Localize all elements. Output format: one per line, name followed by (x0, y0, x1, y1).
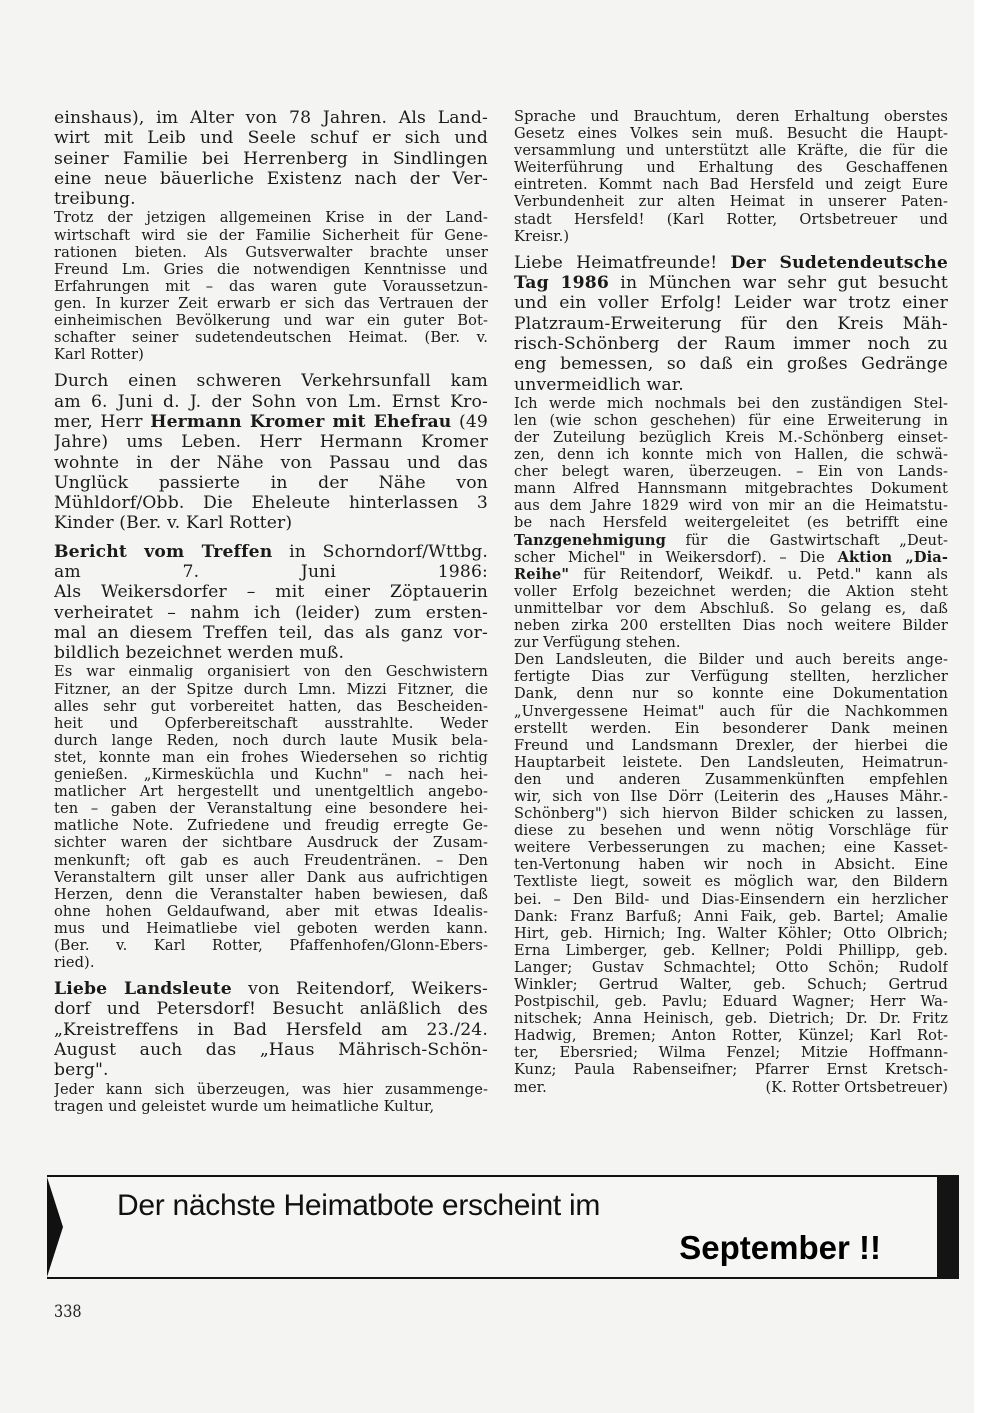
article-paragraph: Bericht vom Treffen in Schorndorf/Wttbg.… (54, 542, 488, 664)
banner-month: September !! (679, 1229, 881, 1267)
text-line: matliche Note. Zufriedene und freudig er… (54, 817, 488, 834)
text-line: Karl Rotter) (54, 346, 488, 363)
text-segment: mus und Heimatliebe viel geboten werden … (54, 920, 488, 937)
text-line: erstellt werden. Ein besonderer Dank mei… (514, 720, 948, 737)
text-line: ohne hohen Geldaufwand, aber mit etwas I… (54, 903, 488, 920)
article-paragraph: Liebe Landsleute von Reitendorf, Weikers… (54, 979, 488, 1080)
text-segment: Karl Rotter) (54, 346, 144, 363)
text-line: Veranstaltern gilt unser aller Dank aus … (54, 869, 488, 886)
text-line: Schönberg") sich hiervon Bilder schicken… (514, 805, 948, 822)
text-line: scher Michel" in Weikersdorf). – Die Akt… (514, 549, 948, 566)
text-line: nitschek; Anna Heinisch, geb. Dietrich; … (514, 1010, 948, 1027)
text-line: Als Weikersdorfer – mit einer Zöptauerin (54, 582, 488, 602)
text-segment: bei. – Den Bild- und Dias-Einsendern ein… (514, 891, 948, 908)
text-segment: Trotz der jetzigen allgemeinen Krise in … (54, 209, 488, 226)
text-segment: rationen bieten. Als Gutsverwalter brach… (54, 244, 488, 261)
text-segment: len (wie schon geschehen) für eine Erwei… (514, 412, 948, 429)
paragraph-gap (54, 971, 488, 979)
bold-text: Tanzgenehmigung (514, 532, 666, 549)
text-line: matlicher Art hergestellt und unentgeltl… (54, 783, 488, 800)
text-line: wohnte in der Nähe von Passau und das (54, 453, 488, 473)
text-segment: unmittelbar vor dem Abschluß. So gelang … (514, 600, 948, 617)
bold-text: Liebe Landsleute (54, 979, 232, 999)
text-line: tragen und geleistet wurde um heimatlich… (54, 1098, 488, 1115)
text-line: Hirt, geb. Hirnich; Ing. Walter Köhler; … (514, 925, 948, 942)
text-line: Mühldorf/Obb. Die Eheleute hinterlassen … (54, 493, 488, 513)
left-column: einshaus), im Alter von 78 Jahren. Als L… (54, 108, 488, 1115)
text-segment: Erna Limberger, geb. Kellner; Poldi Phil… (514, 942, 948, 959)
text-segment: genießen. „Kirmesküchla und Kuchn" – nac… (54, 766, 488, 783)
text-segment: der Zuteilung bezüglich Kreis M.-Schönbe… (514, 429, 948, 446)
text-segment: Hirt, geb. Hirnich; Ing. Walter Köhler; … (514, 925, 948, 942)
paragraph-gap (54, 363, 488, 371)
text-segment: nitschek; Anna Heinisch, geb. Dietrich; … (514, 1010, 948, 1027)
text-segment: Freund Lm. Gries die notwendigen Kenntni… (54, 261, 488, 278)
text-line: genießen. „Kirmesküchla und Kuchn" – nac… (54, 766, 488, 783)
text-segment: (K. Rotter Ortsbetreuer) (766, 1079, 948, 1096)
text-line: verheiratet – nahm ich (leider) zum erst… (54, 603, 488, 623)
text-segment: in München war sehr gut besucht (609, 273, 948, 293)
text-segment: bildlich bezeichnet werden muß. (54, 643, 344, 663)
text-segment: neben zirka 200 erstellten Dias noch wei… (514, 617, 948, 634)
text-line: cher belegt waren, überzeugen. – Ein von… (514, 463, 948, 480)
text-line: fertigte Dias zur Verfügung stellten, he… (514, 668, 948, 685)
text-segment: Textliste liegt, soweit es möglich war, … (514, 873, 948, 890)
text-segment: eine neue bäuerliche Existenz nach der V… (54, 169, 488, 189)
text-line: Den Landsleuten, die Bilder und auch ber… (514, 651, 948, 668)
text-line: Hauptarbeit leistete. Den Landsleuten, H… (514, 754, 948, 771)
text-segment: Dank: Franz Barfuß; Anni Faik, geb. Bart… (514, 908, 948, 925)
text-line: wirt mit Leib und Seele schuf er sich un… (54, 128, 488, 148)
bold-text: Bericht vom Treffen (54, 542, 272, 562)
bold-text: Hermann Kromer mit Ehefrau (150, 412, 451, 432)
banner-side-bar (937, 1175, 959, 1279)
article-paragraph: Es war einmalig organisiert von den Gesc… (54, 663, 488, 971)
text-segment: Liebe Heimatfreunde! (514, 253, 731, 273)
text-line: wirtschaft wird sie der Familie Sicherhe… (54, 227, 488, 244)
text-line: „Unvergessene Heimat" auch für die Nachk… (514, 703, 948, 720)
text-segment: und ein voller Erfolg! Leider war trotz … (514, 293, 948, 313)
text-line: ter, Ebersried; Wilma Fenzel; Mitzie Hof… (514, 1044, 948, 1061)
text-line: mal an diesem Treffen teil, das als ganz… (54, 623, 488, 643)
bold-text: Der Sudetendeutsche (731, 253, 948, 273)
text-line: mer, Herr Hermann Kromer mit Ehefrau (49 (54, 412, 488, 432)
text-line: bildlich bezeichnet werden muß. (54, 643, 488, 663)
text-segment: einshaus), im Alter von 78 Jahren. Als L… (54, 108, 488, 128)
text-segment: wirtschaft wird sie der Familie Sicherhe… (54, 227, 488, 244)
text-segment: wohnte in der Nähe von Passau und das (54, 453, 488, 473)
text-line: voller Erfolg bezeichnet werden; die Akt… (514, 583, 948, 600)
article-paragraph: Den Landsleuten, die Bilder und auch ber… (514, 651, 948, 1095)
text-line: stadt Hersfeld! (Karl Rotter, Ortsbetreu… (514, 211, 948, 228)
newspaper-page: einshaus), im Alter von 78 Jahren. Als L… (0, 0, 974, 1413)
article-paragraph: Ich werde mich nochmals bei den zuständi… (514, 395, 948, 651)
text-segment: ten – gaben der Veranstaltung eine beson… (54, 800, 488, 817)
arrow-marker-icon (47, 1177, 63, 1277)
text-segment: seiner Familie bei Herrenberg in Sindlin… (54, 149, 488, 169)
text-line: Reihe" für Reitendorf, Weikdf. u. Petd."… (514, 566, 948, 583)
text-line: len (wie schon geschehen) für eine Erwei… (514, 412, 948, 429)
text-line: bei. – Den Bild- und Dias-Einsendern ein… (514, 891, 948, 908)
text-line: weitere Verbesserungen zu machen; eine K… (514, 839, 948, 856)
text-line: ried). (54, 954, 488, 971)
text-line: Hadwig, Bremen; Anton Rotter, Künzel; Ka… (514, 1027, 948, 1044)
text-line: Sprache und Brauchtum, deren Erhaltung o… (514, 108, 948, 125)
text-line: Freund und Landsmann Drexler, der hierbe… (514, 737, 948, 754)
text-segment: berg". (54, 1060, 109, 1080)
text-segment: scher Michel" in Weikersdorf). – Die (514, 549, 838, 566)
text-segment: Ich werde mich nochmals bei den zuständi… (514, 395, 948, 412)
text-line: Langer; Gustav Schmachtel; Otto Schön; R… (514, 959, 948, 976)
text-line: versammlung und unterstützt alle Kräfte,… (514, 142, 948, 159)
text-segment: Jahre) ums Leben. Herr Hermann Kromer (54, 432, 488, 452)
text-segment: wirt mit Leib und Seele schuf er sich un… (54, 128, 488, 148)
paragraph-gap (54, 534, 488, 542)
text-segment: Weiterführung und Erhaltung des Geschaff… (514, 159, 948, 176)
text-segment: Als Weikersdorfer – mit einer Zöptauerin (54, 582, 488, 602)
text-segment: fertigte Dias zur Verfügung stellten, he… (514, 668, 948, 685)
text-segment: schafter seiner sudetendeutschen Heimat.… (54, 329, 488, 346)
text-segment: voller Erfolg bezeichnet werden; die Akt… (514, 583, 948, 600)
text-segment: erstellt werden. Ein besonderer Dank mei… (514, 720, 948, 737)
text-line: seiner Familie bei Herrenberg in Sindlin… (54, 149, 488, 169)
text-line: August auch das „Haus Mährisch-Schön- (54, 1040, 488, 1060)
text-line: mus und Heimatliebe viel geboten werden … (54, 920, 488, 937)
text-line: unvermeidlich war. (514, 375, 948, 395)
text-line: Dank: Franz Barfuß; Anni Faik, geb. Bart… (514, 908, 948, 925)
text-segment: zen, denn ich konnte mich von Hallen, di… (514, 446, 948, 463)
text-segment: Mühldorf/Obb. Die Eheleute hinterlassen … (54, 493, 488, 513)
text-line: gen. In kurzer Zeit erwarb er sich das V… (54, 295, 488, 312)
text-line: aus dem Jahre 1829 wird von mir an die H… (514, 497, 948, 514)
text-segment: Unglück passierte in der Nähe von (54, 473, 488, 493)
text-segment: ried). (54, 954, 95, 971)
text-segment: am 7. Juni 1986: (54, 562, 488, 582)
text-line: Liebe Heimatfreunde! Der Sudetendeutsche (514, 253, 948, 273)
text-line: Trotz der jetzigen allgemeinen Krise in … (54, 209, 488, 226)
article-paragraph: Liebe Heimatfreunde! Der Sudetendeutsche… (514, 253, 948, 395)
text-segment: Es war einmalig organisiert von den Gesc… (54, 663, 488, 680)
text-line: sichter waren der sichtbare Ausdruck der… (54, 834, 488, 851)
text-line: „Kreistreffens in Bad Hersfeld am 23./24… (54, 1020, 488, 1040)
text-segment: Durch einen schweren Verkehrsunfall kam (54, 371, 488, 391)
text-line: Es war einmalig organisiert von den Gesc… (54, 663, 488, 680)
text-segment: treibung. (54, 189, 136, 209)
text-segment: diese zu besehen und wenn nötig Vorschlä… (514, 822, 948, 839)
text-segment: den und anderen Zusammenkünften empfehle… (514, 771, 948, 788)
text-line: den und anderen Zusammenkünften empfehle… (514, 771, 948, 788)
text-line: eintreten. Kommt nach Bad Hersfeld und z… (514, 176, 948, 193)
text-line: durch lange Reden, noch durch laute Musi… (54, 732, 488, 749)
text-segment: Schönberg") sich hiervon Bilder schicken… (514, 805, 948, 822)
text-segment: sichter waren der sichtbare Ausdruck der… (54, 834, 488, 851)
text-line: ten – gaben der Veranstaltung eine beson… (54, 800, 488, 817)
text-line: zen, denn ich konnte mich von Hallen, di… (514, 446, 948, 463)
article-paragraph: Durch einen schweren Verkehrsunfall kama… (54, 371, 488, 533)
text-segment: Gesetz eines Volkes sein muß. Besucht di… (514, 125, 948, 142)
text-segment: Herzen, denn die Veranstalter haben bewi… (54, 886, 488, 903)
text-line: Ich werde mich nochmals bei den zuständi… (514, 395, 948, 412)
text-line: diese zu besehen und wenn nötig Vorschlä… (514, 822, 948, 839)
text-segment: Langer; Gustav Schmachtel; Otto Schön; R… (514, 959, 948, 976)
text-line: Platzraum-Erweiterung für den Kreis Mäh- (514, 314, 948, 334)
text-line: alles sehr gut vorbereitet hatten, das B… (54, 698, 488, 715)
text-segment: Postpischil, geb. Pavlu; Eduard Wagner; … (514, 993, 948, 1010)
text-segment: durch lange Reden, noch durch laute Musi… (54, 732, 488, 749)
text-line: ten-Vertonung haben wir noch in Absicht.… (514, 856, 948, 873)
text-segment: wir, sich von Ilse Dörr (Leiterin des „H… (514, 788, 948, 805)
text-line: Dank, denn nur so konnte eine Dokumentat… (514, 685, 948, 702)
text-line: Textliste liegt, soweit es möglich war, … (514, 873, 948, 890)
text-segment: Kreisr.) (514, 228, 569, 245)
text-line: einshaus), im Alter von 78 Jahren. Als L… (54, 108, 488, 128)
text-segment: menkunft; oft gab es auch Freudentränen.… (54, 852, 488, 869)
text-line: am 6. Juni d. J. der Sohn von Lm. Ernst … (54, 392, 488, 412)
text-segment: Kunz; Paula Rabenseifner; Pfarrer Ernst … (514, 1061, 948, 1078)
text-segment: Kinder (Ber. v. Karl Rotter) (54, 513, 292, 533)
text-line: Fitzner, an der Spitze durch Lmn. Mizzi … (54, 681, 488, 698)
text-segment: ohne hohen Geldaufwand, aber mit etwas I… (54, 903, 488, 920)
text-segment: für die Gastwirtschaft „Deut- (666, 532, 948, 549)
text-line: zur Verfügung stehen. (514, 634, 948, 651)
text-segment: weitere Verbesserungen zu machen; eine K… (514, 839, 948, 856)
text-segment: Winkler; Gertrud Walter, geb. Schuch; Ge… (514, 976, 948, 993)
text-segment: „Unvergessene Heimat" auch für die Nachk… (514, 703, 948, 720)
bold-text: Aktion „Dia- (838, 549, 948, 566)
text-segment: Erfahrungen mit – das waren gute Vorauss… (54, 278, 488, 295)
text-line: treibung. (54, 189, 488, 209)
text-segment: stadt Hersfeld! (Karl Rotter, Ortsbetreu… (514, 211, 948, 228)
text-line: (Ber. v. Karl Rotter, Pfaffenhofen/Glonn… (54, 937, 488, 954)
text-segment: mal an diesem Treffen teil, das als ganz… (54, 623, 488, 643)
text-line: am 7. Juni 1986: (54, 562, 488, 582)
text-segment: Sprache und Brauchtum, deren Erhaltung o… (514, 108, 948, 125)
text-line: Durch einen schweren Verkehrsunfall kam (54, 371, 488, 391)
text-line: berg". (54, 1060, 488, 1080)
text-line: menkunft; oft gab es auch Freudentränen.… (54, 852, 488, 869)
text-segment: eintreten. Kommt nach Bad Hersfeld und z… (514, 176, 948, 193)
text-line: Herzen, denn die Veranstalter haben bewi… (54, 886, 488, 903)
text-line: unmittelbar vor dem Abschluß. So gelang … (514, 600, 948, 617)
text-line: eng bemessen, so daß ein großes Gedränge (514, 354, 948, 374)
text-line: Erna Limberger, geb. Kellner; Poldi Phil… (514, 942, 948, 959)
text-line: Kinder (Ber. v. Karl Rotter) (54, 513, 488, 533)
paragraph-gap (514, 245, 948, 253)
next-issue-banner: Der nächste Heimatbote erscheint im Sept… (47, 1175, 937, 1279)
text-segment: dorf und Petersdorf! Besucht anläßlich d… (54, 999, 488, 1019)
article-paragraph: Trotz der jetzigen allgemeinen Krise in … (54, 209, 488, 363)
text-line: dorf und Petersdorf! Besucht anläßlich d… (54, 999, 488, 1019)
text-segment: Veranstaltern gilt unser aller Dank aus … (54, 869, 488, 886)
text-line: Tanzgenehmigung für die Gastwirtschaft „… (514, 532, 948, 549)
text-segment: „Kreistreffens in Bad Hersfeld am 23./24… (54, 1020, 488, 1040)
text-segment: in Schorndorf/Wttbg. (272, 542, 488, 562)
text-segment: von Reitendorf, Weikers- (232, 979, 488, 999)
text-line: rationen bieten. Als Gutsverwalter brach… (54, 244, 488, 261)
text-segment: heit und Opferbereitschaft ausstrahlte. … (54, 715, 488, 732)
text-line: einheimischen Bevölkerung und war ein gu… (54, 312, 488, 329)
bold-text: Reihe" (514, 566, 569, 583)
text-line: risch-Schönberg der Raum immer noch zu (514, 334, 948, 354)
text-segment: (Ber. v. Karl Rotter, Pfaffenhofen/Glonn… (54, 937, 488, 954)
text-line: wir, sich von Ilse Dörr (Leiterin des „H… (514, 788, 948, 805)
text-line: Kreisr.) (514, 228, 948, 245)
text-line: eine neue bäuerliche Existenz nach der V… (54, 169, 488, 189)
text-line: Postpischil, geb. Pavlu; Eduard Wagner; … (514, 993, 948, 1010)
text-segment: für Reitendorf, Weikdf. u. Petd." kann a… (569, 566, 948, 583)
text-line: und ein voller Erfolg! Leider war trotz … (514, 293, 948, 313)
text-segment: unvermeidlich war. (514, 375, 684, 395)
text-line: stet, konnte man ein frohes Wiedersehen … (54, 749, 488, 766)
text-segment: Fitzner, an der Spitze durch Lmn. Mizzi … (54, 681, 488, 698)
bold-text: Tag 1986 (514, 273, 609, 293)
text-line: Jahre) ums Leben. Herr Hermann Kromer (54, 432, 488, 452)
text-segment: Dank, denn nur so konnte eine Dokumentat… (514, 685, 948, 702)
text-segment: alles sehr gut vorbereitet hatten, das B… (54, 698, 488, 715)
text-segment: zur Verfügung stehen. (514, 634, 681, 651)
text-segment: cher belegt waren, überzeugen. – Ein von… (514, 463, 948, 480)
text-segment: am 6. Juni d. J. der Sohn von Lm. Ernst … (54, 392, 488, 412)
text-segment: verheiratet – nahm ich (leider) zum erst… (54, 603, 488, 623)
text-segment: versammlung und unterstützt alle Kräfte,… (514, 142, 948, 159)
text-segment: stet, konnte man ein frohes Wiedersehen … (54, 749, 488, 766)
page-number: 338 (54, 1302, 82, 1322)
text-segment: matliche Note. Zufriedene und freudig er… (54, 817, 488, 834)
text-line: Unglück passierte in der Nähe von (54, 473, 488, 493)
text-segment: eng bemessen, so daß ein großes Gedränge (514, 354, 948, 374)
text-segment: (49 (451, 412, 488, 432)
text-segment: risch-Schönberg der Raum immer noch zu (514, 334, 948, 354)
text-segment: einheimischen Bevölkerung und war ein gu… (54, 312, 488, 329)
text-line: mann Alfred Hannsmann mitgebrachtes Doku… (514, 480, 948, 497)
text-line: der Zuteilung bezüglich Kreis M.-Schönbe… (514, 429, 948, 446)
text-line: Gesetz eines Volkes sein muß. Besucht di… (514, 125, 948, 142)
text-line: Winkler; Gertrud Walter, geb. Schuch; Ge… (514, 976, 948, 993)
article-paragraph: Sprache und Brauchtum, deren Erhaltung o… (514, 108, 948, 245)
text-line: be nach Hersfeld weitergeleitet (es betr… (514, 514, 948, 531)
text-segment: Jeder kann sich überzeugen, was hier zus… (54, 1081, 488, 1098)
article-paragraph: einshaus), im Alter von 78 Jahren. Als L… (54, 108, 488, 209)
article-paragraph: Jeder kann sich überzeugen, was hier zus… (54, 1081, 488, 1115)
text-segment: mer. (514, 1079, 547, 1096)
text-line: Erfahrungen mit – das waren gute Vorauss… (54, 278, 488, 295)
banner-headline: Der nächste Heimatbote erscheint im (117, 1189, 600, 1223)
text-segment: matlicher Art hergestellt und unentgeltl… (54, 783, 488, 800)
text-segment: Verbundenheit zur alten Heimat in unsere… (514, 193, 948, 210)
text-line: Freund Lm. Gries die notwendigen Kenntni… (54, 261, 488, 278)
text-segment: gen. In kurzer Zeit erwarb er sich das V… (54, 295, 488, 312)
text-segment: Platzraum-Erweiterung für den Kreis Mäh- (514, 314, 948, 334)
text-segment: ten-Vertonung haben wir noch in Absicht.… (514, 856, 948, 873)
text-line: heit und Opferbereitschaft ausstrahlte. … (54, 715, 488, 732)
text-line: Weiterführung und Erhaltung des Geschaff… (514, 159, 948, 176)
text-segment: mer, Herr (54, 412, 150, 432)
text-segment: August auch das „Haus Mährisch-Schön- (54, 1040, 488, 1060)
text-segment: tragen und geleistet wurde um heimatlich… (54, 1098, 434, 1115)
text-segment: Freund und Landsmann Drexler, der hierbe… (514, 737, 948, 754)
text-segment: be nach Hersfeld weitergeleitet (es betr… (514, 514, 948, 531)
text-segment: Hadwig, Bremen; Anton Rotter, Künzel; Ka… (514, 1027, 948, 1044)
text-segment: Hauptarbeit leistete. Den Landsleuten, H… (514, 754, 948, 771)
text-line: Tag 1986 in München war sehr gut besucht (514, 273, 948, 293)
text-line: neben zirka 200 erstellten Dias noch wei… (514, 617, 948, 634)
text-segment: ter, Ebersried; Wilma Fenzel; Mitzie Hof… (514, 1044, 948, 1061)
text-line: schafter seiner sudetendeutschen Heimat.… (54, 329, 488, 346)
right-column: Sprache und Brauchtum, deren Erhaltung o… (514, 108, 948, 1096)
text-segment: mann Alfred Hannsmann mitgebrachtes Doku… (514, 480, 948, 497)
text-segment: Den Landsleuten, die Bilder und auch ber… (514, 651, 948, 668)
text-line: Liebe Landsleute von Reitendorf, Weikers… (54, 979, 488, 999)
text-line: Kunz; Paula Rabenseifner; Pfarrer Ernst … (514, 1061, 948, 1078)
text-segment: aus dem Jahre 1829 wird von mir an die H… (514, 497, 948, 514)
text-line: Bericht vom Treffen in Schorndorf/Wttbg. (54, 542, 488, 562)
text-line: Jeder kann sich überzeugen, was hier zus… (54, 1081, 488, 1098)
text-line: mer.(K. Rotter Ortsbetreuer) (514, 1079, 948, 1096)
text-line: Verbundenheit zur alten Heimat in unsere… (514, 193, 948, 210)
